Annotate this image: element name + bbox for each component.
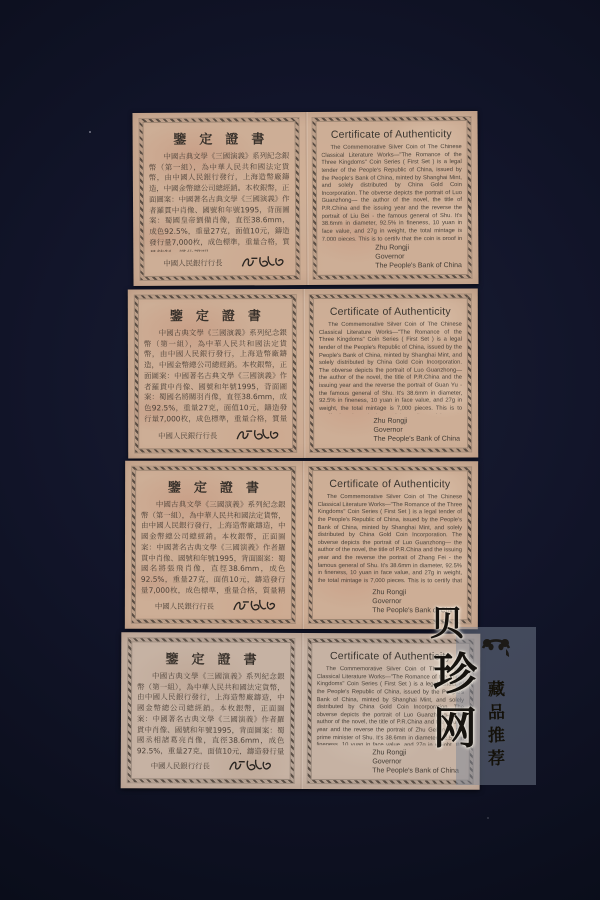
panda-moon-icon bbox=[476, 635, 516, 677]
en-title: Certificate of Authenticity bbox=[319, 306, 462, 318]
cn-signer-title: 中國人民銀行行長 bbox=[163, 258, 222, 269]
cn-stamp-border: 鑒定證書 中國古典文學《三國演義》系列紀念銀幣（第一組），為中華人民共和國法定貨… bbox=[135, 295, 296, 452]
cn-body: 中國古典文學《三國演義》系列紀念銀幣（第一組），為中華人民共和國法定貨幣，由中國… bbox=[149, 151, 290, 252]
en-signer-org: The People's Bank of China bbox=[373, 434, 462, 443]
cn-stamp-border: 鑒定證書 中國古典文學《三國演義》系列紀念銀幣（第一組），為中華人民共和國法定貨… bbox=[132, 467, 295, 623]
dust-speck bbox=[487, 817, 489, 819]
cn-title: 鑒定證書 bbox=[141, 477, 286, 496]
cn-signer-row: 中國人民銀行行長 bbox=[149, 251, 290, 273]
watermark-site-name-char: 网 bbox=[433, 692, 477, 756]
cn-signer-row: 中國人民銀行行長 bbox=[144, 424, 287, 445]
en-signer-org: The People's Bank of China bbox=[375, 261, 462, 271]
cn-title: 鑒定證書 bbox=[144, 305, 287, 324]
dust-speck bbox=[89, 131, 91, 133]
en-title: Certificate of Authenticity bbox=[318, 478, 463, 490]
watermark-tagline-char: 藏 bbox=[487, 679, 505, 703]
en-signer-name: Zhu Rongji bbox=[373, 416, 462, 425]
en-signer-role: Governor bbox=[372, 757, 463, 766]
cn-body: 中國古典文學《三國演義》系列紀念銀幣（第一組），為中華人民共和國法定貨幣，由中國… bbox=[144, 328, 287, 424]
certificate-sheet: 鑒定證書 中國古典文學《三國演義》系列紀念銀幣（第一組），為中華人民共和國法定貨… bbox=[132, 111, 478, 286]
cn-body: 中國古典文學《三國演義》系列紀念銀幣（第一組），為中華人民共和國法定貨幣，由中國… bbox=[141, 500, 286, 595]
en-body: The Commemorative Silver Coin of The Chi… bbox=[319, 322, 462, 414]
certificate-cn-panel: 鑒定證書 中國古典文學《三國演義》系列紀念銀幣（第一組），為中華人民共和國法定貨… bbox=[132, 112, 306, 286]
en-stamp-border: Certificate of Authenticity The Commemor… bbox=[312, 117, 471, 279]
cn-signer-row: 中國人民銀行行長 bbox=[141, 595, 286, 616]
cn-title: 鑒定證書 bbox=[149, 128, 290, 148]
en-signer-role: Governor bbox=[373, 425, 462, 434]
certificate-cn-panel: 鑒定證書 中國古典文學《三國演義》系列紀念銀幣（第一組），為中華人民共和國法定貨… bbox=[128, 289, 303, 458]
watermark-tagline-char: 品 bbox=[487, 702, 505, 726]
certificate-en-panel: Certificate of Authenticity The Commemor… bbox=[305, 111, 479, 285]
photo-backdrop: { "page": { "background_color": "#12152a… bbox=[0, 0, 600, 900]
en-body: The Commemorative Silver Coin of The Chi… bbox=[321, 144, 462, 241]
watermark-tagline: 藏 品 推 荐 bbox=[488, 679, 505, 771]
cn-signer-row: 中國人民銀行行長 bbox=[137, 754, 285, 776]
cn-signer-title: 中國人民銀行行長 bbox=[151, 760, 210, 771]
governor-signature bbox=[233, 427, 281, 444]
cn-signer-title: 中國人民銀行行長 bbox=[158, 430, 217, 441]
governor-signature bbox=[238, 254, 286, 271]
en-signer-org: The People's Bank of China bbox=[372, 766, 463, 775]
cn-stamp-border: 鑒定證書 中國古典文學《三國演義》系列紀念銀幣（第一組），為中華人民共和國法定貨… bbox=[140, 118, 299, 280]
en-body: The Commemorative Silver Coin of The Chi… bbox=[317, 494, 462, 585]
cn-stamp-border: 鑒定證書 中國古典文學《三國演義》系列紀念銀幣（第一組），為中華人民共和國法定貨… bbox=[128, 638, 294, 783]
en-signature-block: Zhu Rongji Governor The People's Bank of… bbox=[373, 416, 462, 444]
governor-signature bbox=[226, 758, 274, 775]
watermark-tagline-char: 推 bbox=[487, 725, 505, 749]
certificate-cn-panel: 鑒定證書 中國古典文學《三國演義》系列紀念銀幣（第一組），為中華人民共和國法定貨… bbox=[121, 632, 301, 789]
en-title: Certificate of Authenticity bbox=[321, 128, 462, 141]
cn-body: 中國古典文學《三國演義》系列紀念銀幣（第一組），為中華人民共和國法定貨幣，由中國… bbox=[137, 671, 285, 755]
certificate-cn-panel: 鑒定證書 中國古典文學《三國演義》系列紀念銀幣（第一組），為中華人民共和國法定貨… bbox=[125, 461, 302, 629]
certificate-sheet: 鑒定證書 中國古典文學《三國演義》系列紀念銀幣（第一組），為中華人民共和國法定貨… bbox=[128, 289, 478, 459]
governor-signature bbox=[230, 598, 278, 615]
certificate-en-panel: Certificate of Authenticity The Commemor… bbox=[303, 289, 478, 458]
cn-title: 鑒定證書 bbox=[137, 648, 285, 668]
certificate-sheet: 鑒定證書 中國古典文學《三國演義》系列紀念銀幣（第一組），為中華人民共和國法定貨… bbox=[125, 461, 478, 630]
en-signature-block: Zhu Rongji Governor The People's Bank of… bbox=[375, 243, 462, 271]
cn-signer-title: 中國人民銀行行長 bbox=[155, 601, 214, 612]
certificate-sheet: 鑒定證書 中國古典文學《三國演義》系列紀念銀幣（第一組），為中華人民共和國法定貨… bbox=[121, 632, 481, 790]
en-stamp-border: Certificate of Authenticity The Commemor… bbox=[310, 295, 471, 452]
watermark-tagline-char: 荐 bbox=[487, 748, 505, 772]
